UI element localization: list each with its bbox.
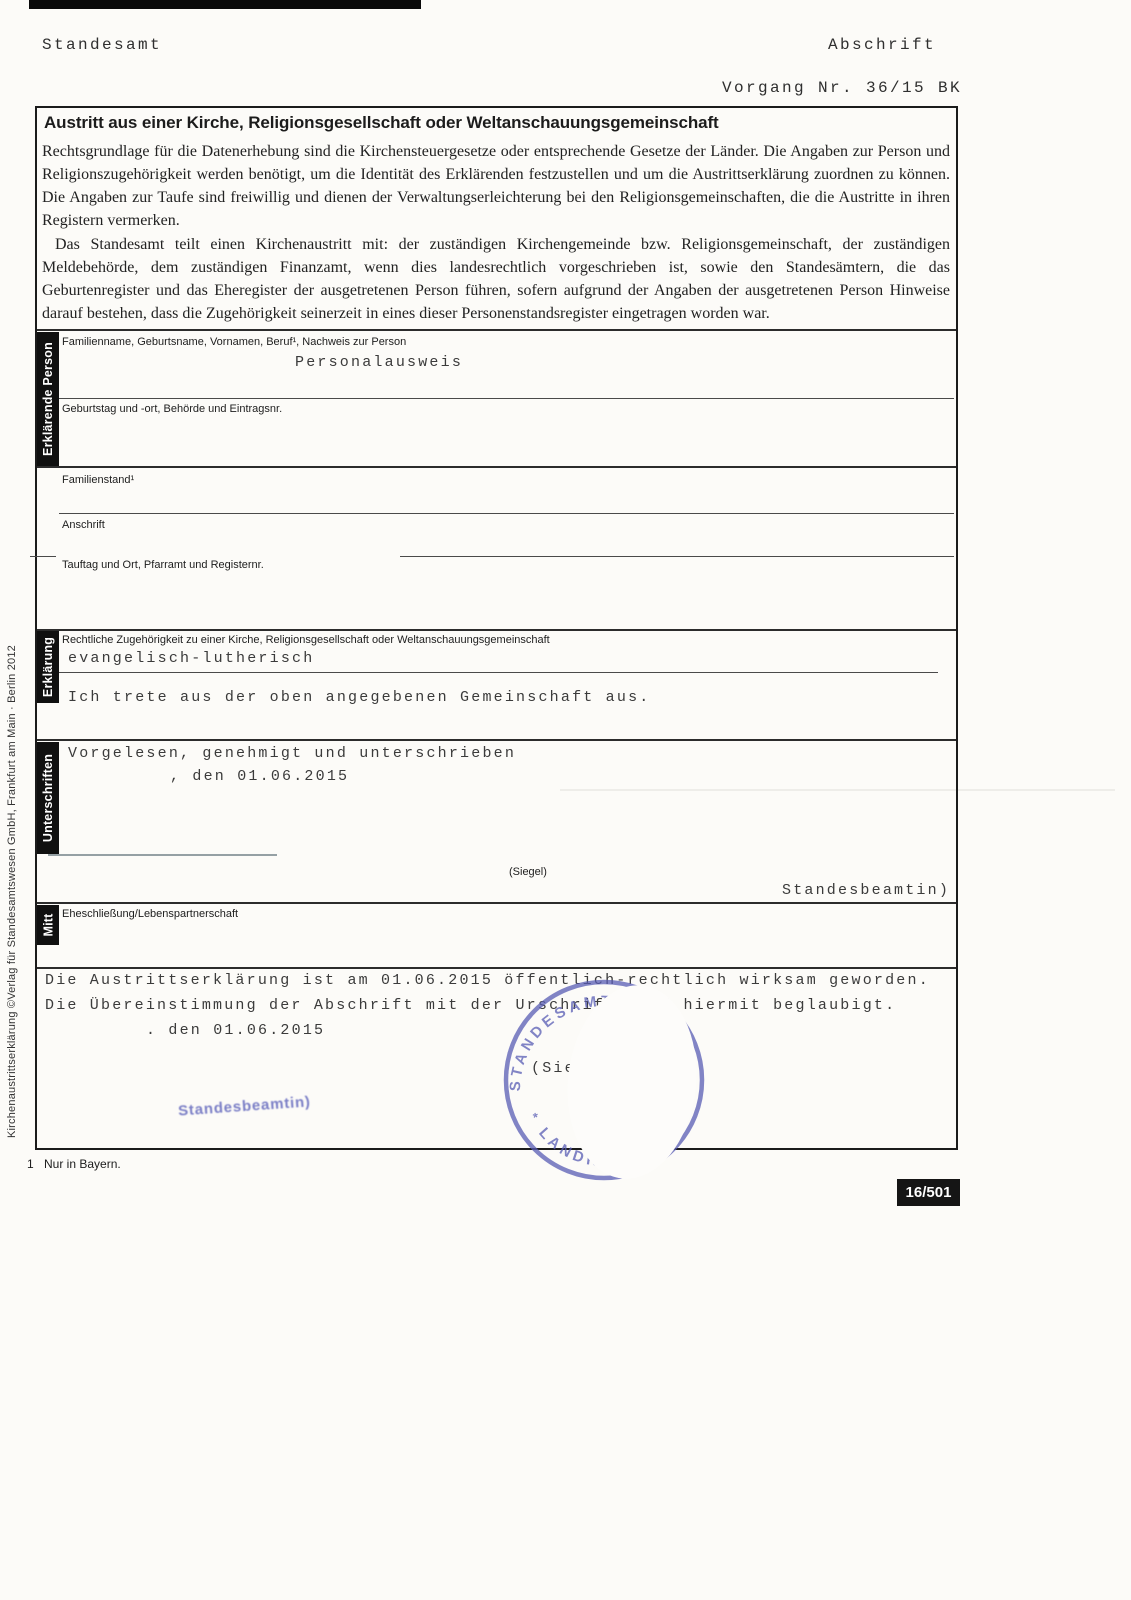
scan-artifact-bar (29, 0, 421, 9)
section-label-text: Erklärung (41, 637, 55, 697)
label-birth: Geburtstag und -ort, Behörde und Eintrag… (62, 403, 282, 415)
form-title: Austritt aus einer Kirche, Religionsgese… (44, 113, 944, 133)
divider-birth-bottom (37, 466, 956, 468)
declaration-sentence: Ich trete aus der oben angegebenen Gemei… (68, 689, 650, 706)
label-seal: (Siegel) (509, 866, 547, 878)
label-baptism: Tauftag und Ort, Pfarramt und Registernr… (62, 559, 264, 571)
divider-intro-bottom (37, 329, 956, 331)
section-label-text: Unterschriften (41, 754, 55, 842)
signature-line (48, 854, 277, 856)
form-code-badge: 16/501 (897, 1179, 960, 1206)
header-case-number: Vorgang Nr. 36/15 BK (722, 79, 962, 97)
label-address: Anschrift (62, 519, 105, 531)
svg-text:*: * (526, 1111, 542, 1123)
value-id-document: Personalausweis (295, 354, 463, 371)
rule-under-address (400, 556, 954, 557)
read-approved-line: Vorgelesen, genehmigt und unterschrieben (68, 745, 516, 762)
divider-certification-top (37, 967, 956, 969)
label-affiliation: Rechtliche Zugehörigkeit zu einer Kirche… (62, 634, 550, 646)
section-label-text: Erklärende Person (41, 342, 55, 456)
divider-notifications-top (37, 902, 956, 904)
rule-under-marital (59, 513, 954, 514)
section-label-declaring-person: Erklärende Person (37, 332, 59, 466)
value-confession: evangelisch-lutherisch (68, 650, 314, 667)
scan-crease-line (560, 789, 1115, 791)
rule-under-affiliation (59, 672, 938, 673)
header-copy-type: Abschrift (828, 36, 936, 54)
section-label-declaration: Erklärung (37, 631, 59, 703)
label-marriage: Eheschließung/Lebenspartnerschaft (62, 908, 238, 920)
publisher-imprint-vertical: Kirchenaustrittserklärung ©Verlag für St… (6, 593, 18, 1138)
certification-place-date: . den 01.06.2015 (146, 1022, 325, 1039)
rule-tick-left (30, 556, 56, 557)
stamp-separator-glyph: * (526, 1111, 542, 1123)
divider-signatures-top (37, 739, 956, 741)
label-marital: Familienstand¹ (62, 474, 134, 486)
header-office: Standesamt (42, 36, 162, 54)
label-person-name: Familienname, Geburtsname, Vornamen, Ber… (62, 336, 406, 348)
section-label-signatures: Unterschriften (37, 742, 59, 854)
footnote-marker: 1 (27, 1157, 34, 1171)
intro-paragraph-2: Das Standesamt teilt einen Kirchenaustri… (42, 233, 950, 325)
certification-line-1: Die Austrittserklärung ist am 01.06.2015… (45, 972, 930, 989)
certification-line-2: Die Übereinstimmung der Abschrift mit de… (45, 997, 896, 1014)
signature-place-date: , den 01.06.2015 (170, 768, 349, 785)
footnote-text: Nur in Bayern. (44, 1157, 121, 1171)
divider-declaration-top (37, 629, 956, 631)
rule-under-name-field (59, 398, 954, 399)
official-title: Standesbeamtin) (782, 882, 950, 899)
intro-paragraph-1: Rechtsgrundlage für die Datenerhebung si… (42, 140, 950, 232)
section-label-text: Mitt (41, 913, 55, 936)
scanned-document-page: Standesamt Abschrift Vorgang Nr. 36/15 B… (0, 0, 1131, 1600)
section-label-notifications: Mitt (37, 905, 59, 945)
